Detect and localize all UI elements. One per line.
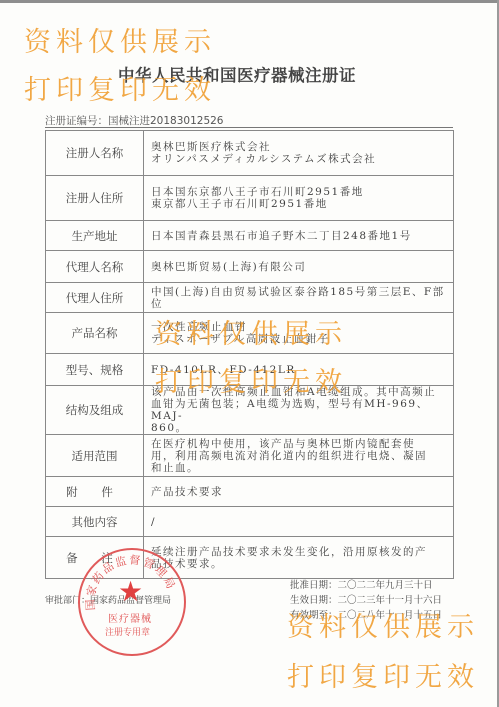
value-line: 860。 [151, 422, 453, 434]
watermark-line-1: 资料仅供展示 [287, 605, 479, 644]
value-line: 和止血。 [151, 462, 453, 474]
divider [45, 127, 453, 128]
watermark-line-2: 打印复印无效 [155, 360, 347, 399]
value-line: 日本国东京都八王子市石川町2951番地 [151, 186, 453, 198]
registration-number: 注册证编号：国械注进20183012526 [45, 113, 224, 128]
row-value: / [144, 507, 454, 537]
seal-line-1: 医疗器械 [108, 610, 152, 625]
value-line: 用，利用高频电流对消化道内的组织进行电烧、凝固 [151, 450, 453, 462]
table-row: 代理人名称 奥林巴斯贸易(上海)有限公司 [46, 251, 454, 283]
value-line: 产品技术要求 [151, 486, 453, 498]
row-value: 产品技术要求 [144, 477, 454, 507]
row-value: 在医疗机构中使用，该产品与奥林巴斯内镜配套使用，利用高频电流对消化道内的组织进行… [144, 435, 454, 477]
row-label: 其他内容 [46, 507, 144, 537]
row-label: 代理人名称 [46, 251, 144, 283]
row-value: 日本国青森县黑石市追子野木二丁目248番地1号 [144, 221, 454, 251]
row-label: 注册人名称 [46, 131, 144, 176]
approval-date-value: 二〇二二年九月三十日 [338, 580, 433, 591]
value-line: 在医疗机构中使用，该产品与奥林巴斯内镜配套使 [151, 438, 453, 450]
value-line: 血钳为无菌包装；A电缆为选购，型号有MH-969、MAJ- [151, 398, 453, 422]
table-row: 附 件 产品技术要求 [46, 477, 454, 507]
registration-number-value: 国械注进20183012526 [108, 115, 224, 127]
table-row: 其他内容 / [46, 507, 454, 537]
value-line: オリンパスメディカルシステムズ株式会社 [151, 153, 453, 165]
value-line: 日本国青森县黑石市追子野木二丁目248番地1号 [151, 230, 453, 242]
watermark-line-2: 打印复印无效 [287, 655, 479, 694]
table-row: 适用范围 在医疗机构中使用，该产品与奥林巴斯内镜配套使用，利用高频电流对消化道内… [46, 435, 454, 477]
row-value: 延续注册产品技术要求未发生变化，沿用原核发的产品技术要求。 [144, 537, 454, 579]
table-row: 注册人名称 奥林巴斯医疗株式会社オリンパスメディカルシステムズ株式会社 [46, 131, 454, 176]
approval-date: 批准日期：二〇二二年九月三十日 [290, 578, 442, 593]
row-value: 奥林巴斯贸易(上海)有限公司 [144, 251, 454, 283]
value-line: 奥林巴斯贸易(上海)有限公司 [151, 261, 453, 273]
watermark-line-1: 资料仅供展示 [155, 312, 347, 351]
certificate-table: 注册人名称 奥林巴斯医疗株式会社オリンパスメディカルシステムズ株式会社 注册人住… [45, 130, 454, 579]
value-line: 中国(上海)自由贸易试验区泰谷路185号第三层E、F部 [151, 286, 453, 298]
row-value: 日本国东京都八王子市石川町2951番地東京都八王子市石川町2951番地 [144, 176, 454, 221]
row-label: 产品名称 [46, 313, 144, 354]
watermark-line-1: 资料仅供展示 [24, 20, 216, 59]
row-label: 生产地址 [46, 221, 144, 251]
table-row: 注册人住所 日本国东京都八王子市石川町2951番地東京都八王子市石川町2951番… [46, 176, 454, 221]
table-row: 生产地址 日本国青森县黑石市追子野木二丁目248番地1号 [46, 221, 454, 251]
value-line: 位 [151, 298, 453, 310]
star-icon: ★ [118, 578, 143, 606]
row-label: 结构及组成 [46, 386, 144, 435]
row-label: 型号、规格 [46, 354, 144, 386]
value-line: 東京都八王子市石川町2951番地 [151, 198, 453, 210]
row-value: 奥林巴斯医疗株式会社オリンパスメディカルシステムズ株式会社 [144, 131, 454, 176]
row-label: 注册人住所 [46, 176, 144, 221]
seal-line-2: 注册专用章 [105, 625, 150, 638]
official-seal: 国家药品监督管理局 ★ 医疗器械 注册专用章 [78, 548, 186, 656]
value-line: 奥林巴斯医疗株式会社 [151, 141, 453, 153]
table-row: 代理人住所 中国(上海)自由贸易试验区泰谷路185号第三层E、F部位 [46, 283, 454, 313]
watermark-line-2: 打印复印无效 [24, 68, 216, 107]
approval-date-label: 批准日期： [290, 580, 338, 591]
value-line: 延续注册产品技术要求未发生变化，沿用原核发的产 [151, 546, 453, 558]
row-label: 附 件 [46, 477, 144, 507]
registration-number-label: 注册证编号： [45, 115, 108, 127]
row-label: 代理人住所 [46, 283, 144, 313]
row-value: 中国(上海)自由贸易试验区泰谷路185号第三层E、F部位 [144, 283, 454, 313]
row-label: 适用范围 [46, 435, 144, 477]
scan-top-edge [0, 0, 499, 3]
value-line: 品技术要求。 [151, 558, 453, 570]
value-line: / [151, 516, 453, 528]
